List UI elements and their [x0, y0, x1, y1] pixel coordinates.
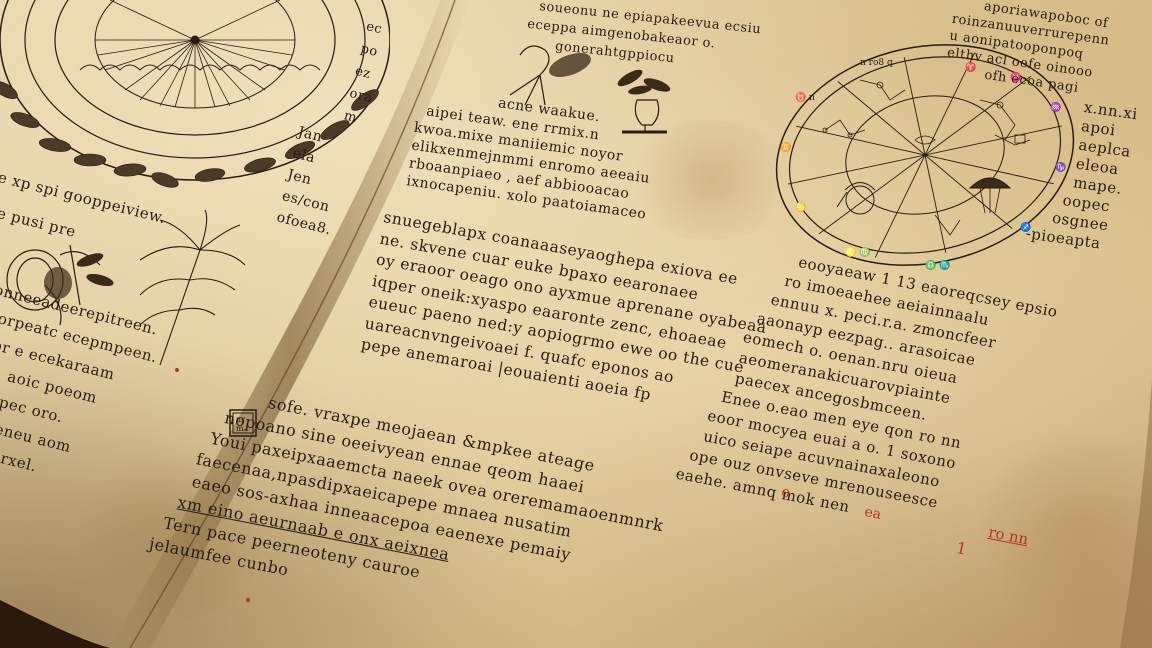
svg-text:♋: ♋	[795, 201, 806, 213]
lower-right-text: eooyaeaw 1 13 eaoreqcsey epsio ro imoeae…	[752, 255, 1059, 553]
right-margin-text: aporiawapoboc of roinzanuuverrurepenn u …	[973, 0, 1112, 102]
manuscript-photo: n ro8 q ♈ ♉ n ♊ ♋ ♌ ♍ ♎ ♏ ♐ ♑ ♒ ♓ ur m. …	[0, 0, 1152, 648]
svg-text:♊: ♊	[780, 141, 791, 153]
red-dot	[246, 598, 250, 602]
svg-text:♌ ♍: ♌ ♍	[845, 246, 870, 258]
svg-text:♎ ♏: ♎ ♏	[925, 259, 950, 271]
svg-text:n ro8 q: n ro8 q	[860, 58, 893, 68]
svg-text:♉ n: ♉ n	[795, 91, 815, 103]
svg-text:♑: ♑	[1055, 161, 1066, 173]
red-annotation: ea	[863, 505, 882, 522]
svg-text:♒: ♒	[1050, 101, 1061, 113]
red-dot	[175, 368, 179, 372]
